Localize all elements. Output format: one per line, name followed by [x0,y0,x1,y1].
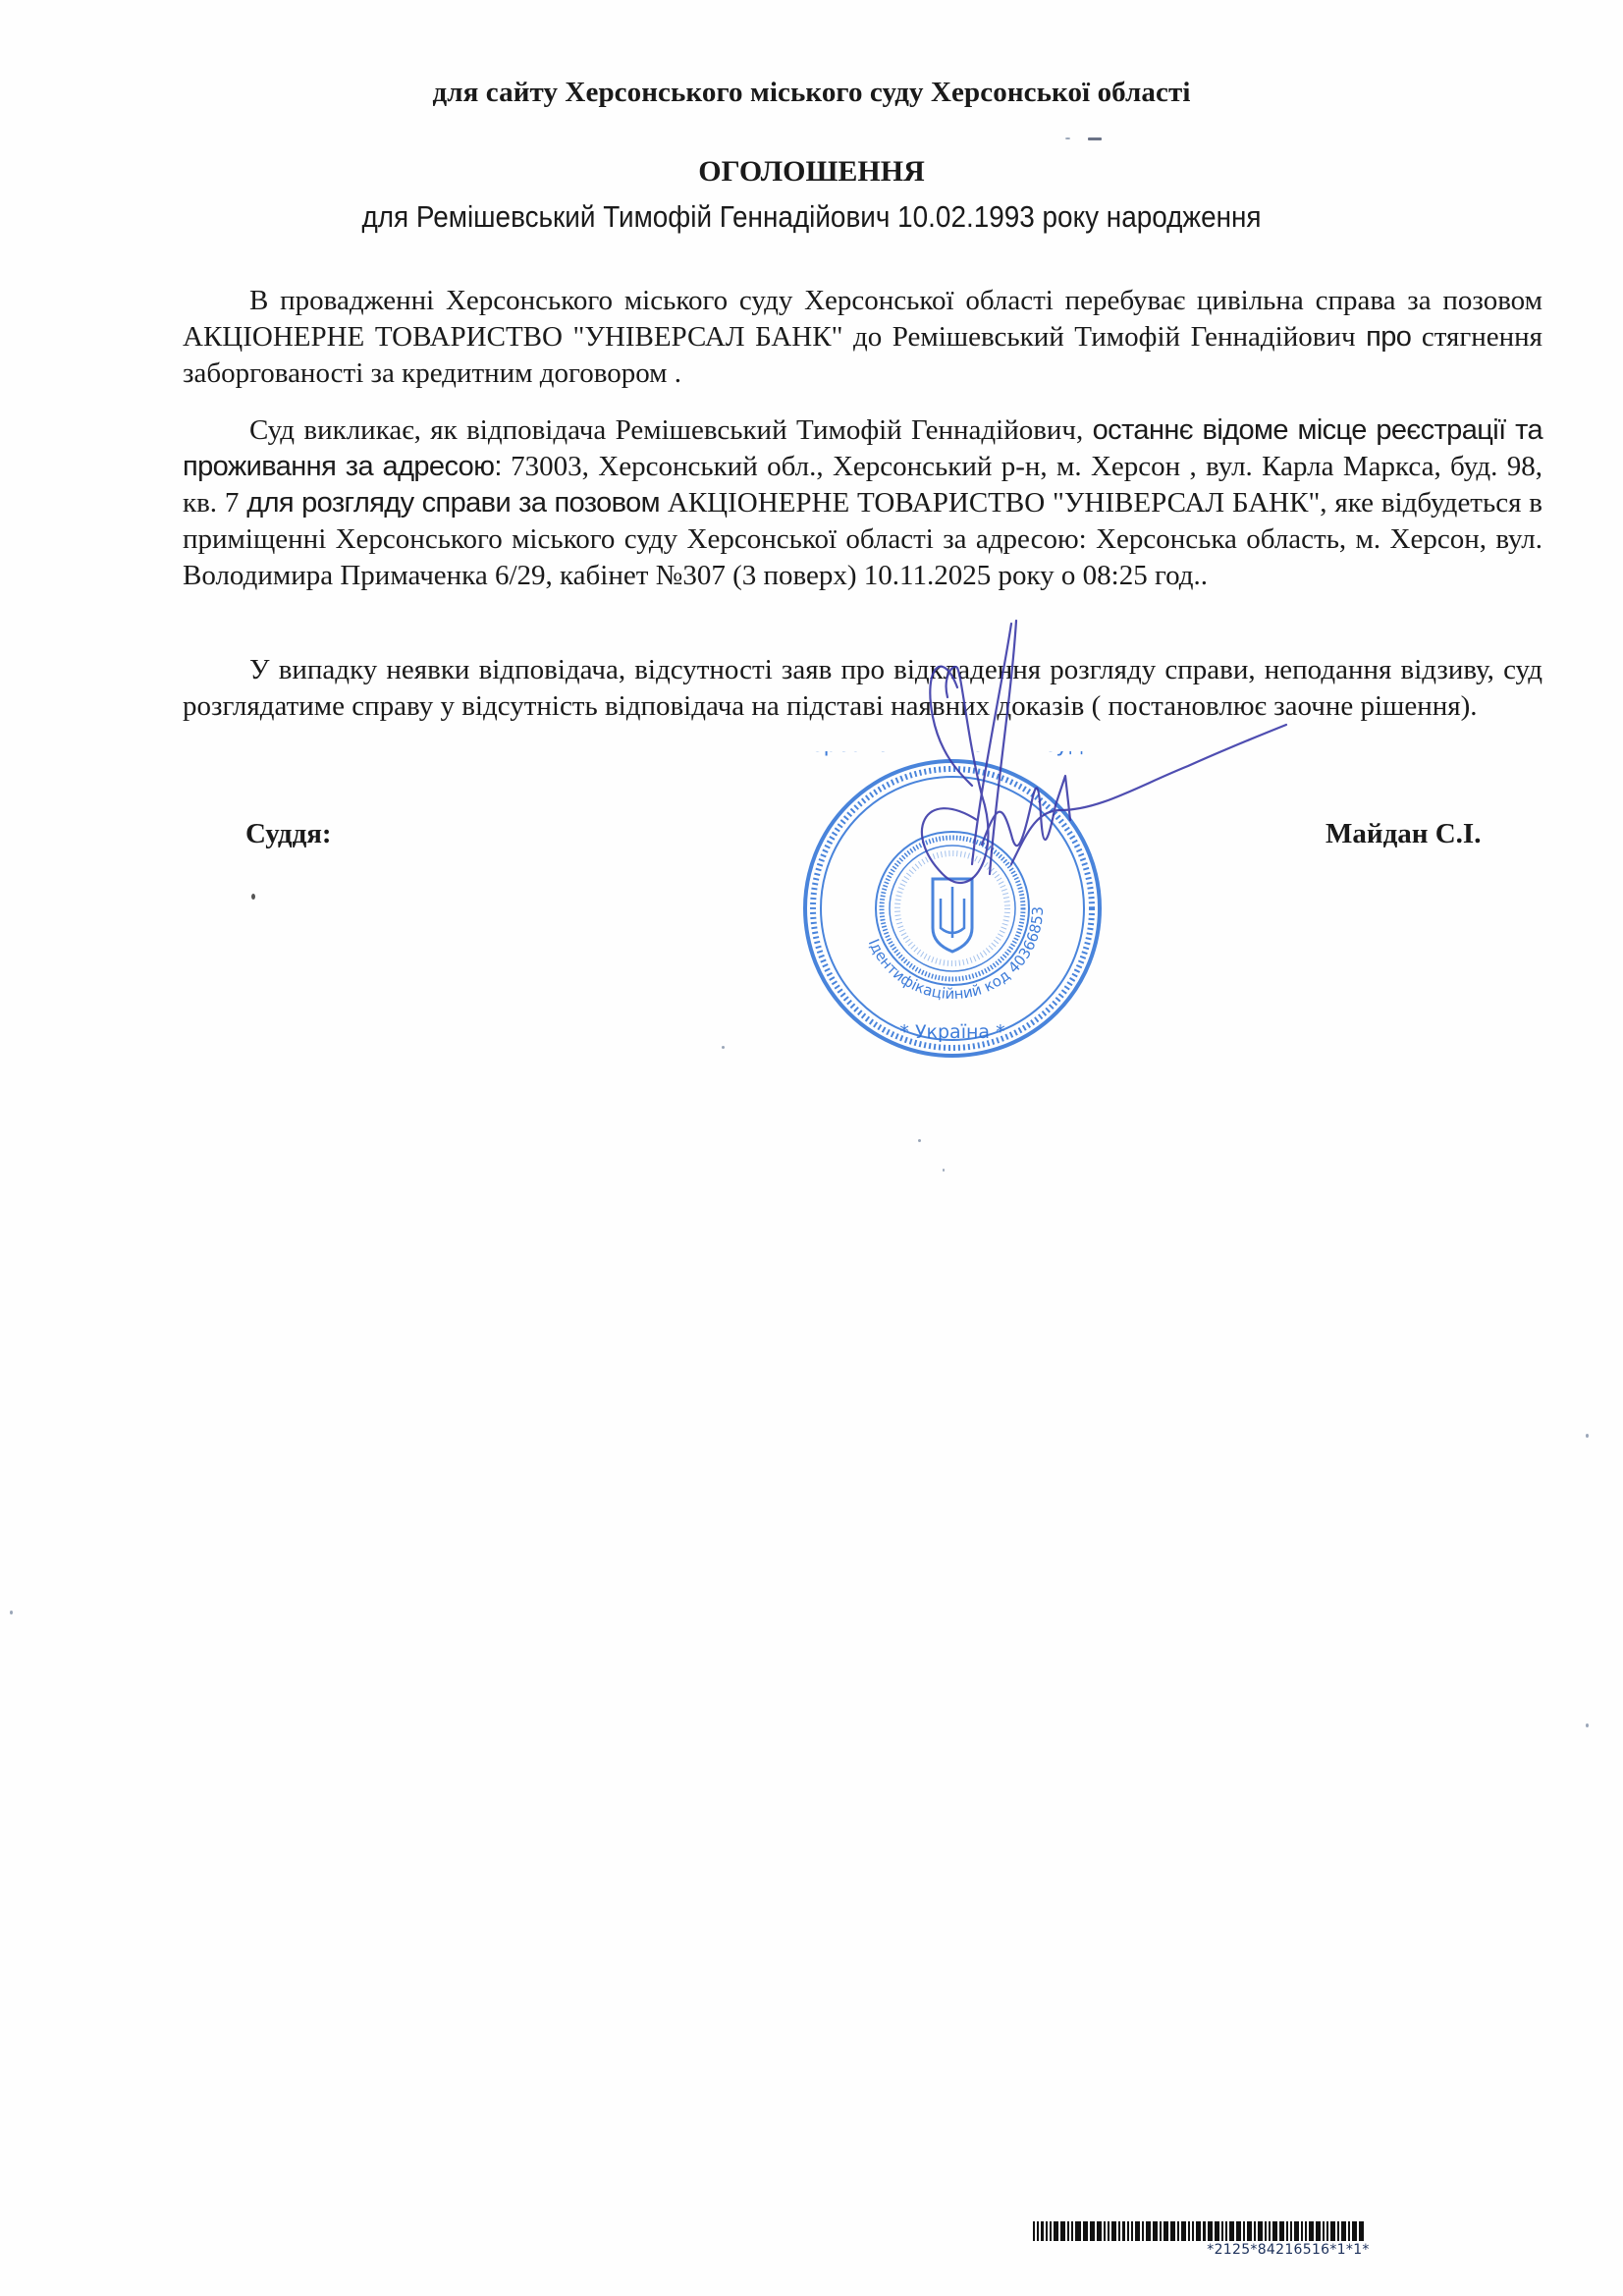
paragraph-2: Суд викликає, як відповідача Ремішевськи… [183,412,1542,594]
scan-mark [1586,1434,1589,1438]
paragraph-3: У випадку неявки відповідача, відсутност… [183,652,1542,725]
scan-mark [943,1169,945,1172]
scan-mark [918,1139,921,1142]
scan-mark [251,894,255,900]
paragraph-1: В провадженні Херсонського міського суду… [183,283,1542,392]
scan-mark [1586,1723,1589,1727]
barcode: *2125*84216516*1*1* [1033,2221,1543,2258]
document-header: для сайту Херсонського міського суду Хер… [0,77,1623,109]
judge-label: Суддя: [245,818,332,850]
scan-mark [1065,137,1070,139]
document-page: для сайту Херсонського міського суду Хер… [0,0,1623,2296]
barcode-bars-icon [1033,2221,1543,2241]
paragraph-1-text-a: В провадженні Херсонського міського суду… [183,285,1542,353]
paragraph-3-text-a: У випадку неявки відповідача, відсутност… [183,654,1542,722]
paragraph-1-text-b: про [1366,321,1411,353]
judge-name: Майдан С.І. [1325,818,1481,850]
document-title: ОГОЛОШЕННЯ [0,155,1623,189]
paragraph-2-text-a: Суд викликає, як відповідача Ремішевськи… [249,414,1093,446]
barcode-text: *2125*84216516*1*1* [1033,2242,1543,2258]
stamp-bottom-text: * Україна * [899,1021,1004,1043]
scan-mark [1088,137,1102,140]
judge-signature-icon [864,609,1296,933]
paragraph-2-text-d: для розгляду справи за позовом [246,487,660,519]
scan-mark [10,1611,13,1614]
document-subtitle: для Ремішевський Тимофій Геннадійович 10… [81,199,1542,235]
scan-mark [722,1046,725,1049]
